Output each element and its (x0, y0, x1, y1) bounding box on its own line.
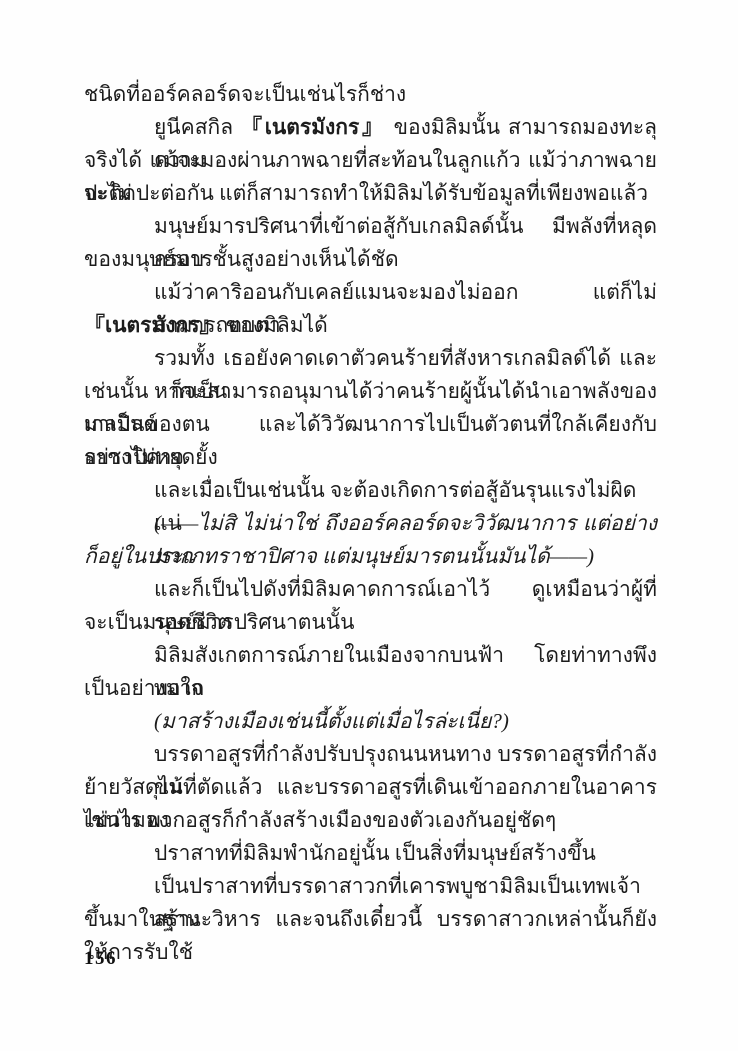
text-line: เป็นปราสาทที่บรรดาสาวกที่เคารพบูชามิลิมเ… (84, 870, 657, 903)
text-segment: ขึ้นมาในฐานะวิหาร และจนถึงเดี๋ยวนี้ บรรด… (84, 907, 657, 964)
monologue-line: ก็อยู่ในประเภทราชาปิศาจ แต่มนุษย์มารตนนั… (84, 540, 657, 573)
text-segment: จะเป็นมนุษย์มารปริศนาตนนั้น (84, 610, 355, 634)
text-line: เช่นนั้น ก็จะสามารถอนุมานได้ว่าคนร้ายผู้… (84, 375, 657, 408)
text-segment: ชนิดที่ออร์คลอร์ดจะเป็นเช่นไรก็ช่าง (84, 82, 406, 106)
text-line: ขึ้นมาในฐานะวิหาร และจนถึงเดี๋ยวนี้ บรรด… (84, 903, 657, 936)
text-line: จะเป็นมนุษย์มารปริศนาตนนั้น (84, 606, 657, 639)
monologue-line: (มาสร้างเมืองเช่นนี้ตั้งแต่เมื่อไรล่ะเนี… (84, 705, 657, 738)
text-line: แม้ว่าคาริออนกับเคลย์แมนจะมองไม่ออก แต่ก… (84, 276, 657, 309)
book-page: ชนิดที่ออร์คลอร์ดจะเป็นเช่นไรก็ช่าง ยูนี… (0, 0, 738, 1051)
text-segment: ปราสาทที่มิลิมพำนักอยู่นั้น เป็นสิ่งที่ม… (154, 841, 596, 865)
text-line: มนุษย์มารปริศนาที่เข้าต่อสู้กับเกลมิลด์น… (84, 210, 657, 243)
text-line: มิลิมสังเกตการณ์ภายในเมืองจากบนฟ้า โดยท่… (84, 639, 657, 672)
text-line: อย่างไม่หยุดยั้ง (84, 441, 657, 474)
body-text: ชนิดที่ออร์คลอร์ดจะเป็นเช่นไรก็ช่าง ยูนี… (84, 78, 657, 936)
text-line: ปราสาทที่มิลิมพำนักอยู่นั้น เป็นสิ่งที่ม… (84, 837, 657, 870)
text-line: รวมทั้ง เธอยังคาดเดาตัวคนร้ายที่สังหารเก… (84, 342, 657, 375)
text-line: และเมื่อเป็นเช่นนั้น จะต้องเกิดการต่อสู้… (84, 474, 657, 507)
text-line: ย้ายวัสดุไม้ที่ตัดแล้ว และบรรดาอสูรที่เด… (84, 771, 657, 804)
skill-name-bold: 『เนตรมังกร』 (241, 115, 386, 139)
text-line: ชนิดที่ออร์คลอร์ดจะเป็นเช่นไรก็ช่าง (84, 78, 657, 111)
text-line: เป็นอย่างมาก (84, 672, 657, 705)
text-line: ยูนีคสกิล 『เนตรมังกร』 ของมิลิมนั้น สามาร… (84, 111, 657, 144)
text-segment: ของมนุษย์มารชั้นสูงอย่างเห็นได้ชัด (84, 247, 399, 271)
text-line: เช่นไร พวกอสูรก็กำลังสร้างเมืองของตัวเอง… (84, 804, 657, 837)
page-number: 156 (84, 948, 117, 970)
monologue-line: (——ไม่สิ ไม่น่าใช่ ถึงออร์คลอร์ดจะวิวัฒน… (84, 507, 657, 540)
skill-name-bold: 『เนตรมังกร』 (84, 313, 221, 337)
text-line: มาเป็นของตน และได้วิวัฒนาการไปเป็นตัวตนท… (84, 408, 657, 441)
text-segment: ยูนีคสกิล (154, 115, 241, 139)
text-segment: ก็อยู่ในประเภทราชาปิศาจ แต่มนุษย์มารตนนั… (84, 544, 594, 568)
text-line: และก็เป็นไปดังที่มิลิมคาดการณ์เอาไว้ ดูเ… (84, 573, 657, 606)
text-segment: ของมิลิมได้ (221, 313, 328, 337)
text-segment: (มาสร้างเมืองเช่นนี้ตั้งแต่เมื่อไรล่ะเนี… (154, 709, 509, 733)
text-line: ของมนุษย์มารชั้นสูงอย่างเห็นได้ชัด (84, 243, 657, 276)
text-segment: เช่นไร พวกอสูรก็กำลังสร้างเมืองของตัวเอง… (84, 808, 556, 832)
text-line: 『เนตรมังกร』 ของมิลิมได้ (84, 309, 657, 342)
text-line: บรรดาอสูรที่กำลังปรับปรุงถนนหนทาง บรรดาอ… (84, 738, 657, 771)
text-segment: อย่างไม่หยุดยั้ง (84, 445, 218, 469)
text-line: ปะติดปะต่อกัน แต่ก็สามารถทำให้มิลิมได้รั… (84, 177, 657, 210)
text-segment: ปะติดปะต่อกัน แต่ก็สามารถทำให้มิลิมได้รั… (84, 181, 648, 205)
text-segment: เป็นอย่างมาก (84, 676, 204, 700)
text-line: จริงได้ แม้จะมองผ่านภาพฉายที่สะท้อนในลูก… (84, 144, 657, 177)
